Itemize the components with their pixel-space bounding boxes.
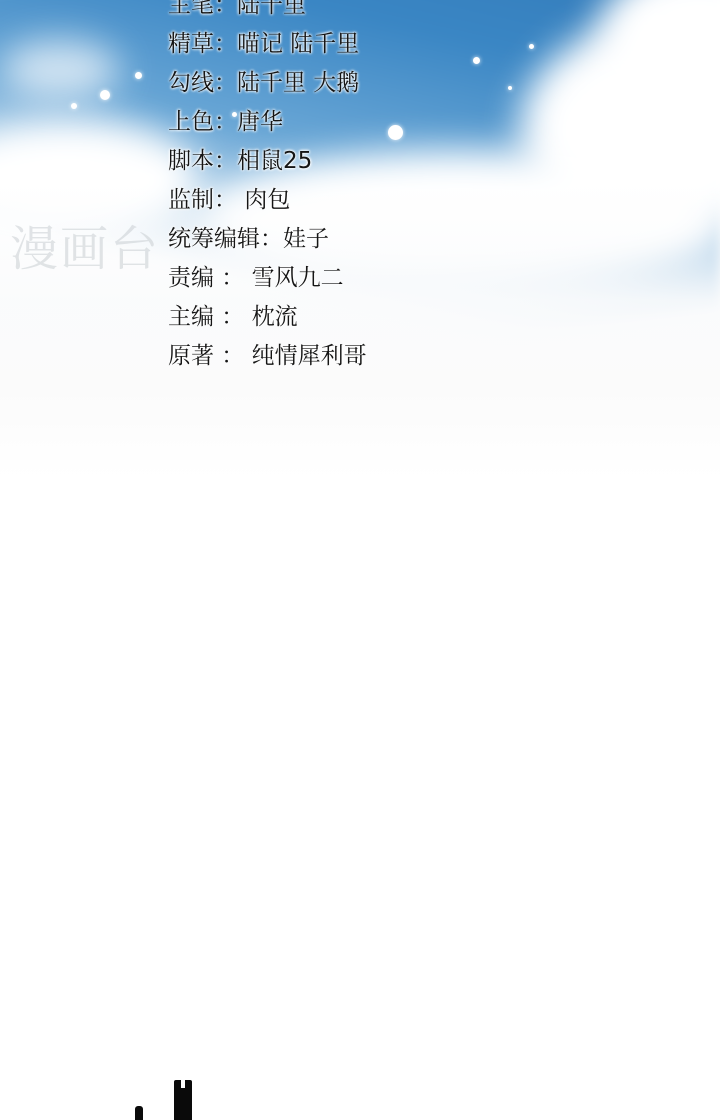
credit-line: 监制： 肉包 [168, 181, 367, 220]
credit-line: 精草：喵记 陆千里 [168, 25, 367, 64]
snow-dot [388, 125, 403, 140]
credit-line: 勾线：陆千里 大鹅 [168, 64, 367, 103]
snow-dot [529, 44, 534, 49]
snow-dot [100, 90, 110, 100]
credit-line: 统筹编辑：娃子 [168, 220, 367, 259]
credit-line: 责编 ： 雪风九二 [168, 259, 367, 298]
tower-notch [181, 1080, 185, 1088]
spire-silhouette [135, 1106, 143, 1120]
watermark: 漫画台 [10, 210, 160, 279]
snow-dot [473, 57, 480, 64]
credit-line: 主编 ： 枕流 [168, 298, 367, 337]
snow-dot [71, 103, 77, 109]
snow-dot [135, 72, 142, 79]
credit-line: 上色：唐华 [168, 103, 367, 142]
credit-line: 原著 ： 纯情犀利哥 [168, 337, 367, 376]
credit-line: 主笔：陆千里 [168, 0, 367, 25]
snow-dot [508, 86, 512, 90]
credit-line: 脚本：相鼠25 [168, 142, 367, 181]
credits-list: 主笔：陆千里 精草：喵记 陆千里 勾线：陆千里 大鹅 上色：唐华 脚本：相鼠25… [168, 0, 367, 376]
